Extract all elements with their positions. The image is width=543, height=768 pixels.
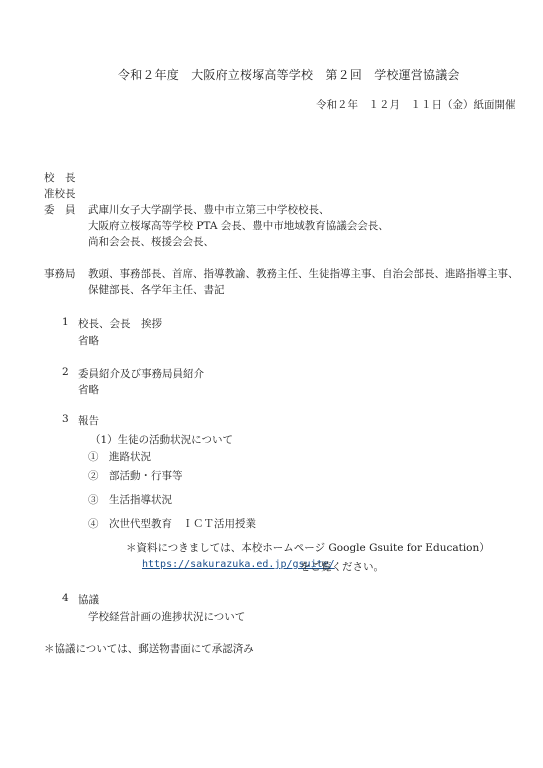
agenda-note: 省略 [78,333,99,348]
secretariat-line: 教頭、事務部長、首席、指導教諭、教務主任、生徒指導主事、自治会部長、進路指導主事… [88,266,519,281]
vice-principal-label: 准校長 [44,186,76,201]
report-item: ③ 生活指導状況 [88,492,172,507]
agenda-num: 3 [62,413,69,425]
report-subheading: （1）生徒の活動状況について [90,432,233,447]
meeting-date: 令和２年 １２月 １１日（金）紙面開催 [316,97,516,112]
secretariat-line: 保健部長、各学年主任、書記 [88,282,225,297]
secretariat-label: 事務局 [44,266,76,281]
report-item: ④ 次世代型教育 ＩＣＴ活用授業 [88,516,256,531]
agenda-heading: 協議 [78,592,99,607]
agenda-num: 2 [62,366,69,378]
resource-note: ＊資料につきましては、本校ホームページ Google Gsuite for Ed… [126,540,490,555]
footer-note: ＊協議については、郵送物書面にて承認済み [44,641,254,656]
members-label: 委 員 [44,202,76,217]
agenda-heading: 委員紹介及び事務局員紹介 [78,366,204,381]
document-title: 令和２年度 大阪府立桜塚高等学校 第２回 学校運営協議会 [118,66,460,83]
report-item: ① 進路状況 [88,449,151,464]
report-item: ② 部活動・行事等 [88,468,183,483]
members-line: 尚和会会長、桜援会会長、 [88,234,214,249]
members-line: 大阪府立桜塚高等学校 PTA 会長、豊中市地域教育協議会会長、 [88,218,389,233]
link-suffix: をご覧ください。 [300,559,384,574]
agenda-heading: 報告 [78,413,99,428]
agenda-note: 省略 [78,382,99,397]
agenda-heading: 校長、会長 挨拶 [78,316,162,331]
agenda-num: 1 [62,316,69,328]
members-line: 武庫川女子大学副学長、豊中市立第三中学校校長、 [88,202,330,217]
agenda-num: 4 [62,592,69,604]
principal-label: 校 長 [44,170,76,185]
agenda-note: 学校経営計画の進捗状況について [88,609,245,624]
